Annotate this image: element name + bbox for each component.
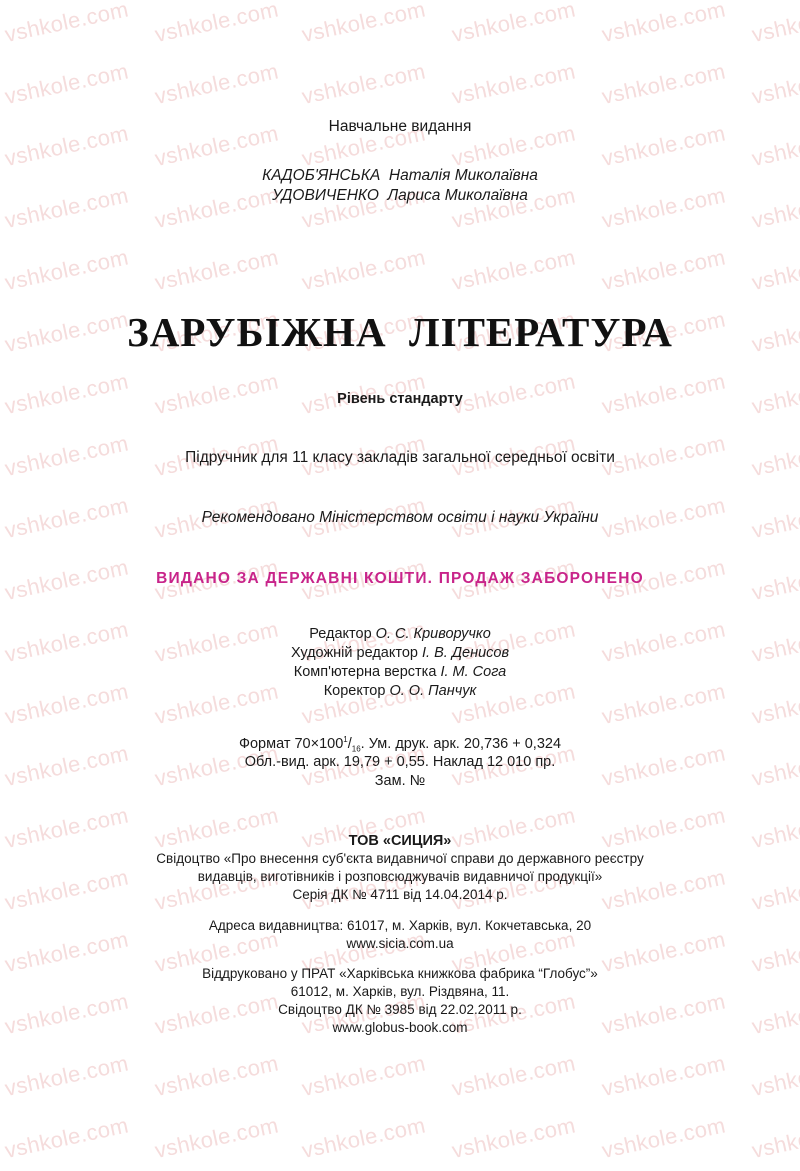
- publisher-certificate-1: Свідоцтво «Про внесення суб'єкта видавни…: [0, 851, 800, 866]
- author-2: УДОВИЧЕНКО Лариса Миколаївна: [0, 187, 800, 205]
- printer-website[interactable]: www.globus-book.com: [0, 1020, 800, 1035]
- publisher-name: ТОВ «СИЦИЯ»: [0, 833, 800, 849]
- recommendation: Рекомендовано Міністерством освіти і нау…: [0, 509, 800, 527]
- author-1: КАДОБ'ЯНСЬКА Наталія Миколаївна: [0, 167, 800, 185]
- print-specs-line-2: Обл.-вид. арк. 19,79 + 0,55. Наклад 12 0…: [0, 754, 800, 770]
- credit-art-editor: Художній редактор І. В. Денисов: [0, 645, 800, 661]
- credit-role: Редактор: [309, 626, 375, 642]
- state-funded-notice: ВИДАНО ЗА ДЕРЖАВНІ КОШТИ. ПРОДАЖ ЗАБОРОН…: [0, 570, 800, 588]
- credit-person: О. С. Криворучко: [376, 626, 491, 642]
- edition-type: Навчальне видання: [0, 118, 800, 136]
- format-prefix: Формат 70×100: [239, 736, 343, 752]
- author-2-surname: УДОВИЧЕНКО: [272, 187, 379, 204]
- credit-proofreader: Коректор О. О. Панчук: [0, 683, 800, 699]
- printer-line-1: Віддруковано у ПРАТ «Харківська книжкова…: [0, 966, 800, 981]
- publisher-website[interactable]: www.sicia.com.ua: [0, 936, 800, 951]
- level-label: Рівень стандарту: [0, 391, 800, 407]
- description: Підручник для 11 класу закладів загально…: [0, 449, 800, 467]
- credit-person: І. М. Сога: [440, 664, 506, 680]
- printer-line-3: Свідоцтво ДК № 3985 від 22.02.2011 р.: [0, 1002, 800, 1017]
- format-suffix: . Ум. друк. арк. 20,736 + 0,324: [361, 736, 561, 752]
- publisher-address: Адреса видавництва: 61017, м. Харків, ву…: [0, 918, 800, 933]
- print-format: Формат 70×1001/16. Ум. друк. арк. 20,736…: [0, 735, 800, 754]
- credit-person: О. О. Панчук: [389, 683, 476, 699]
- order-number: Зам. №: [0, 773, 800, 789]
- author-1-given: Наталія Миколаївна: [389, 167, 538, 184]
- author-2-given: Лариса Миколаївна: [388, 187, 528, 204]
- format-numerator: 1: [343, 735, 347, 744]
- format-denominator: 16: [352, 745, 361, 754]
- publisher-certificate-2: видавців, виготівників і розповсюджувачі…: [0, 869, 800, 884]
- printer-line-2: 61012, м. Харків, вул. Різдвяна, 11.: [0, 984, 800, 999]
- credit-role: Коректор: [324, 683, 390, 699]
- credit-editor: Редактор О. С. Криворучко: [0, 626, 800, 642]
- credit-layout: Комп'ютерна верстка І. М. Сога: [0, 664, 800, 680]
- imprint-page: Навчальне видання КАДОБ'ЯНСЬКА Наталія М…: [0, 0, 800, 1171]
- credit-role: Комп'ютерна верстка: [294, 664, 441, 680]
- author-1-surname: КАДОБ'ЯНСЬКА: [262, 167, 380, 184]
- credit-person: І. В. Денисов: [422, 645, 509, 661]
- publisher-certificate-3: Серія ДК № 4711 від 14.04.2014 р.: [0, 887, 800, 902]
- book-title: ЗАРУБІЖНА ЛІТЕРАТУРА: [0, 308, 800, 356]
- credit-role: Художній редактор: [291, 645, 422, 661]
